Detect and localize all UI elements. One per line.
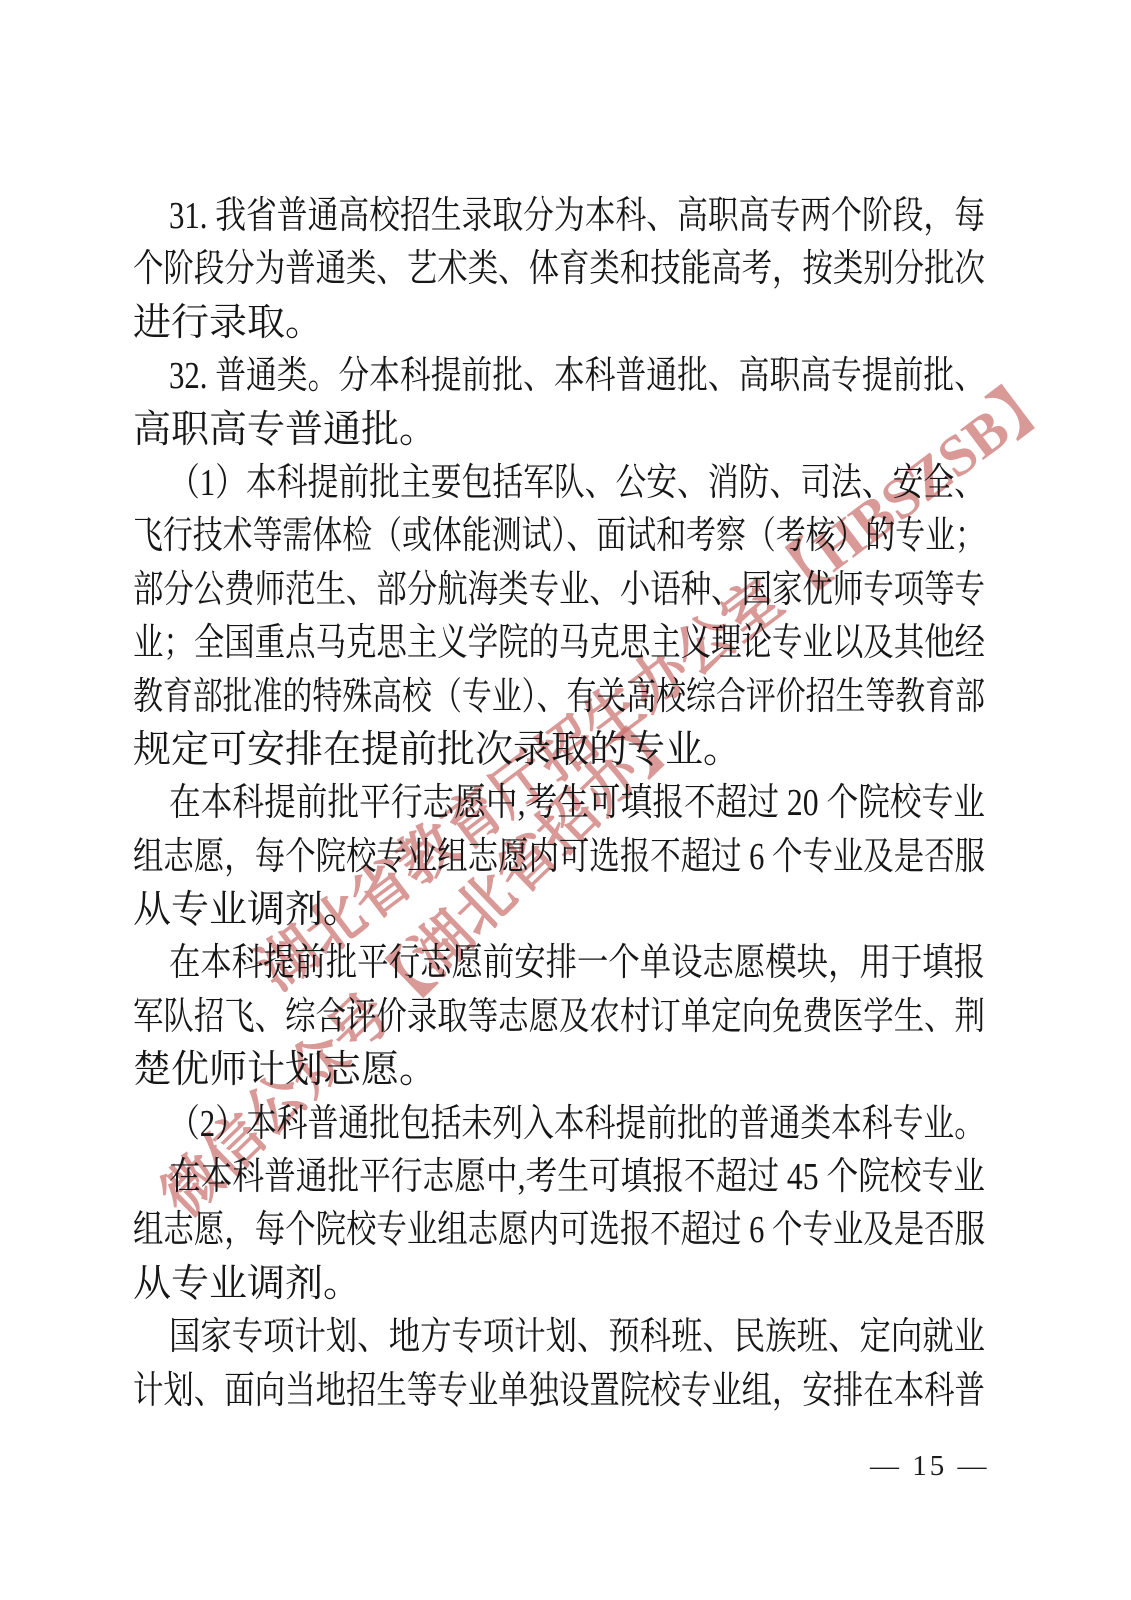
text-line-content: 在本科提前批平行志愿前安排一个单设志愿模块，用于填报 (169, 937, 985, 990)
text-line: 31. 我省普通高校招生录取分为本科、高职高专两个阶段，每 (133, 190, 985, 243)
text-line: 教育部批准的特殊高校（专业）、有关高校综合评价招生等教育部 (133, 671, 985, 724)
text-line: 个阶段分为普通类、艺术类、体育类和技能高考，按类别分批次 (133, 243, 985, 296)
text-line-content: 32. 普通类。分本科提前批、本科普通批、高职高专提前批、 (169, 350, 985, 403)
text-line-content: 飞行技术等需体检（或体能测试）、面试和考察（考核）的专业； (133, 510, 985, 563)
text-line: 业；全国重点马克思主义学院的马克思主义理论专业以及其他经 (133, 617, 985, 670)
text-line-content: 业；全国重点马克思主义学院的马克思主义理论专业以及其他经 (133, 617, 985, 670)
text-line: 在本科提前批平行志愿前安排一个单设志愿模块，用于填报 (133, 937, 985, 990)
text-line-content: 从专业调剂。 (133, 884, 361, 937)
text-line-content: 从专业调剂。 (133, 1258, 361, 1311)
text-line-content: 部分公费师范生、部分航海类专业、小语种、国家优师专项等专 (133, 564, 985, 617)
text-line-content: 进行录取。 (133, 297, 323, 350)
text-line-content: 军队招飞、综合评价录取等志愿及农村订单定向免费医学生、荆 (133, 991, 985, 1044)
text-line-content: 在本科普通批平行志愿中,考生可填报不超过 45 个院校专业 (169, 1151, 985, 1204)
text-line-content: 国家专项计划、地方专项计划、预科班、民族班、定向就业 (169, 1311, 985, 1364)
text-line: （2）本科普通批包括未列入本科提前批的普通类本科专业。 (133, 1098, 985, 1151)
text-line-content: 组志愿，每个院校专业组志愿内可选报不超过 6 个专业及是否服 (133, 831, 985, 884)
text-line: 在本科提前批平行志愿中,考生可填报不超过 20 个院校专业 (133, 777, 985, 830)
document-body: 31. 我省普通高校招生录取分为本科、高职高专两个阶段，每个阶段分为普通类、艺术… (133, 190, 985, 1418)
text-line: 计划、面向当地招生等专业单独设置院校专业组，安排在本科普 (133, 1365, 985, 1418)
text-line: 32. 普通类。分本科提前批、本科普通批、高职高专提前批、 (133, 350, 985, 403)
text-line: 部分公费师范生、部分航海类专业、小语种、国家优师专项等专 (133, 564, 985, 617)
text-line: 组志愿，每个院校专业组志愿内可选报不超过 6 个专业及是否服 (133, 831, 985, 884)
text-line: 国家专项计划、地方专项计划、预科班、民族班、定向就业 (133, 1311, 985, 1364)
text-line: 从专业调剂。 (133, 1258, 985, 1311)
document-page: 湖北省教育厅招生办公室【HBSZSB】 微信公众号【湖北省招办】 31. 我省普… (0, 0, 1131, 1600)
text-line: 军队招飞、综合评价录取等志愿及农村订单定向免费医学生、荆 (133, 991, 985, 1044)
text-line-content: 计划、面向当地招生等专业单独设置院校专业组，安排在本科普 (133, 1365, 985, 1418)
text-line: 高职高专普通批。 (133, 404, 985, 457)
text-line-content: 31. 我省普通高校招生录取分为本科、高职高专两个阶段，每 (169, 190, 985, 243)
text-line: 进行录取。 (133, 297, 985, 350)
text-line-content: 教育部批准的特殊高校（专业）、有关高校综合评价招生等教育部 (133, 671, 985, 724)
text-line-content: 在本科提前批平行志愿中,考生可填报不超过 20 个院校专业 (169, 777, 985, 830)
text-line: 楚优师计划志愿。 (133, 1044, 985, 1097)
text-line: （1）本科提前批主要包括军队、公安、消防、司法、安全、 (133, 457, 985, 510)
text-line: 在本科普通批平行志愿中,考生可填报不超过 45 个院校专业 (133, 1151, 985, 1204)
text-line-content: 组志愿，每个院校专业组志愿内可选报不超过 6 个专业及是否服 (133, 1204, 985, 1257)
text-line: 飞行技术等需体检（或体能测试）、面试和考察（考核）的专业； (133, 510, 985, 563)
text-line-content: 楚优师计划志愿。 (133, 1044, 437, 1097)
text-line-content: 个阶段分为普通类、艺术类、体育类和技能高考，按类别分批次 (133, 243, 985, 296)
text-line-content: 高职高专普通批。 (133, 404, 437, 457)
text-line-content: （2）本科普通批包括未列入本科提前批的普通类本科专业。 (169, 1098, 985, 1151)
page-number: — 15 — (870, 1450, 990, 1483)
text-line: 从专业调剂。 (133, 884, 985, 937)
text-line: 组志愿，每个院校专业组志愿内可选报不超过 6 个专业及是否服 (133, 1204, 985, 1257)
text-line-content: 规定可安排在提前批次录取的专业。 (133, 724, 741, 777)
text-line-content: （1）本科提前批主要包括军队、公安、消防、司法、安全、 (169, 457, 985, 510)
text-line: 规定可安排在提前批次录取的专业。 (133, 724, 985, 777)
